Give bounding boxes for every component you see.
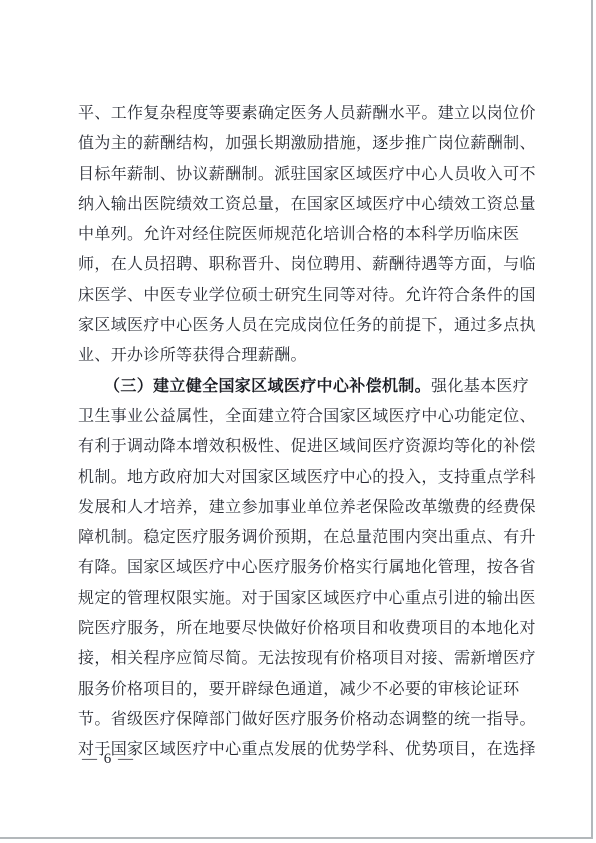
text-line: 服务价格项目的，要开辟绿色通道，减少不必要的审核论证环 [78, 675, 522, 705]
text-line: 机制。地方政府加大对国家区域医疗中心的投入，支持重点学科 [78, 463, 522, 493]
text-line-section-heading: （三）建立健全国家区域医疗中心补偿机制。强化基本医疗 [78, 372, 522, 402]
text-line: 值为主的薪酬结构，加强长期激励措施，逐步推广岗位薪酬制、 [78, 129, 522, 159]
text-line: 床医学、中医专业学位硕士研究生同等对待。允许符合条件的国 [78, 281, 522, 311]
text-line: 发展和人才培养，建立参加事业单位养老保险改革缴费的经费保 [78, 493, 522, 523]
text-line: 平、工作复杂程度等要素确定医务人员薪酬水平。建立以岗位价 [78, 99, 522, 129]
document-page: 平、工作复杂程度等要素确定医务人员薪酬水平。建立以岗位价 值为主的薪酬结构，加强… [0, 0, 596, 843]
page-bottom-edge-line [0, 837, 593, 839]
text-line: 中单列。允许对经住院医师规范化培训合格的本科学历临床医 [78, 220, 522, 250]
text-line: 师，在人员招聘、职称晋升、岗位聘用、薪酬待遇等方面，与临 [78, 250, 522, 280]
text-line: 有利于调动降本增效积极性、促进区域间医疗资源均等化的补偿 [78, 432, 522, 462]
section-heading-rest: 强化基本医疗 [431, 378, 529, 395]
text-line: 纳入输出医院绩效工资总量，在国家区域医疗中心绩效工资总量 [78, 190, 522, 220]
text-line: 家区域医疗中心医务人员在完成岗位任务的前提下，通过多点执 [78, 311, 522, 341]
text-line: 接，相关程序应简尽简。无法按现有价格项目对接、需新增医疗 [78, 644, 522, 674]
text-line: 有降。国家区域医疗中心医疗服务价格实行属地化管理，按各省 [78, 553, 522, 583]
text-line: 院医疗服务，所在地要尽快做好价格项目和收费项目的本地化对 [78, 614, 522, 644]
text-line: 对于国家区域医疗中心重点发展的优势学科、优势项目，在选择 [78, 735, 522, 765]
text-line: 业、开办诊所等获得合理薪酬。 [78, 341, 522, 371]
text-line: 规定的管理权限实施。对于国家区域医疗中心重点引进的输出医 [78, 584, 522, 614]
text-line: 节。省级医疗保障部门做好医疗服务价格动态调整的统一指导。 [78, 705, 522, 735]
text-line: 目标年薪制、协议薪酬制。派驻国家区域医疗中心人员收入可不 [78, 160, 522, 190]
page-number: — 6 — [82, 750, 135, 768]
text-line: 卫生事业公益属性，全面建立符合国家区域医疗中心功能定位、 [78, 402, 522, 432]
text-line: 障机制。稳定医疗服务调价预期，在总量范围内突出重点、有升 [78, 523, 522, 553]
page-right-edge-line [591, 0, 593, 839]
section-heading-bold: （三）建立健全国家区域医疗中心补偿机制。 [104, 378, 431, 395]
document-body-text: 平、工作复杂程度等要素确定医务人员薪酬水平。建立以岗位价 值为主的薪酬结构，加强… [78, 99, 522, 766]
